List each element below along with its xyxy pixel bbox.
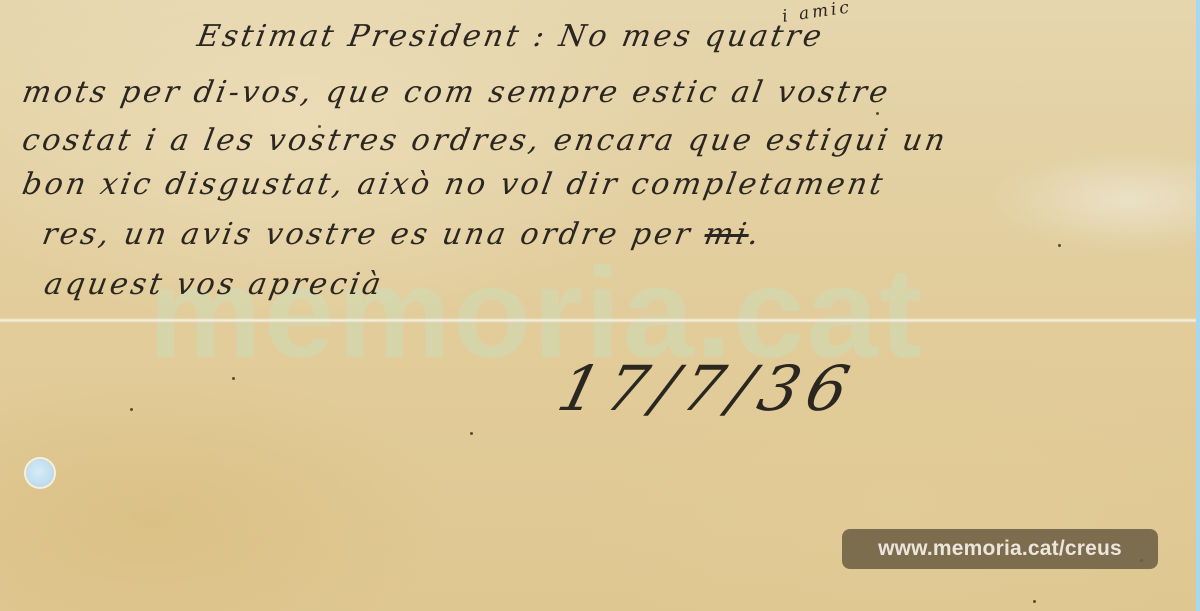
source-url-badge[interactable]: www.memoria.cat/creus xyxy=(842,529,1158,569)
paper-fold-crease xyxy=(0,318,1200,323)
letter-line-6-closing: aquest vos aprecià xyxy=(42,270,386,300)
ink-speck xyxy=(130,408,133,411)
ink-speck xyxy=(1058,244,1061,247)
ink-speck xyxy=(232,377,235,380)
paper-right-edge xyxy=(1196,0,1200,611)
ink-speck xyxy=(470,432,473,435)
letter-paper: memoria.cat i amic Estimat President : N… xyxy=(0,0,1200,611)
punch-hole xyxy=(26,459,54,487)
letter-line-2: mots per di-vos, que com sempre estic al… xyxy=(20,78,893,108)
letter-line-5-text: res, un avis vostre es una ordre per xyxy=(40,217,696,252)
letter-line-1: Estimat President : No mes quatre xyxy=(195,22,826,52)
letter-date: 17/7/36 xyxy=(551,352,864,425)
letter-line-3: costat i a les vostres ordres, encara qu… xyxy=(20,126,950,156)
source-url-text: www.memoria.cat/creus xyxy=(878,537,1122,561)
letter-line-4: bon xic disgustat, això no vol dir compl… xyxy=(20,170,888,200)
letter-line-5: res, un avis vostre es una ordre per mi. xyxy=(40,220,764,250)
ink-speck xyxy=(876,112,879,115)
ink-speck xyxy=(1033,600,1036,603)
struck-out-word: mi xyxy=(702,217,752,252)
